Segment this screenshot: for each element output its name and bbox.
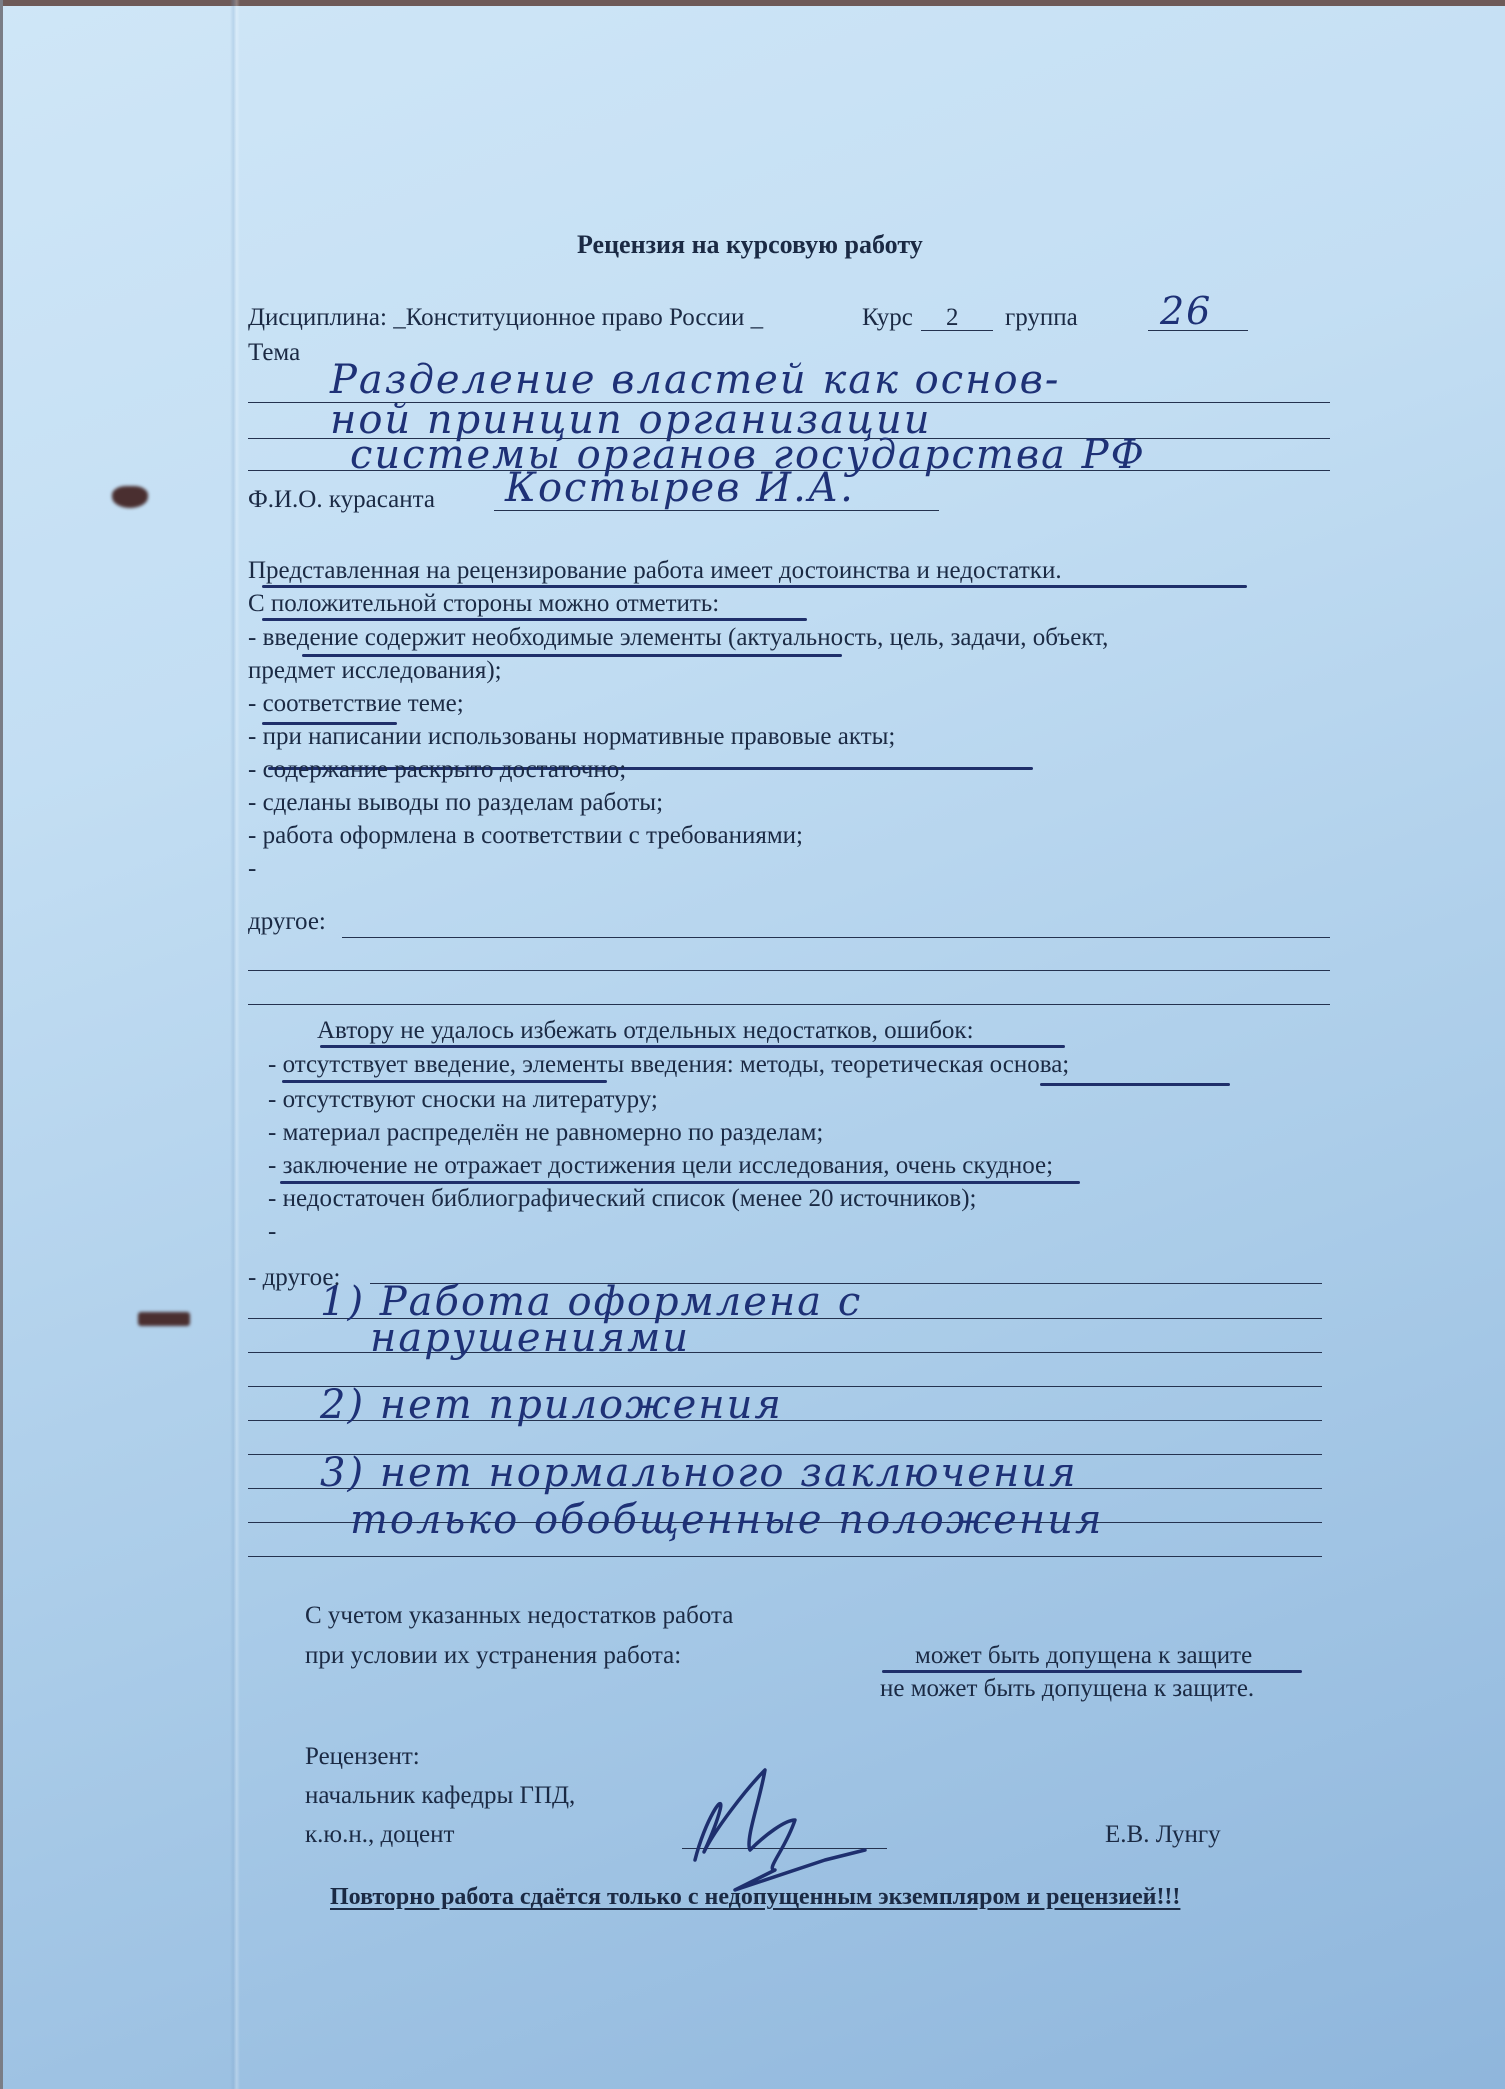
- group-value-handwritten: 26: [1160, 292, 1212, 330]
- pen-underline: [1040, 1083, 1230, 1086]
- footer-note: Повторно работа сдаётся только с недопущ…: [330, 1885, 1180, 1909]
- negative-heading: Автору не удалось избежать отдельных нед…: [317, 1018, 974, 1043]
- positive-item: - содержание раскрыто достаточно;: [248, 757, 626, 782]
- positive-item: - введение содержит необходимые элементы…: [248, 625, 1108, 650]
- negative-item: -: [268, 1219, 276, 1244]
- negative-other-handwritten-4: 3) нет нормального заключения: [320, 1453, 1078, 1493]
- negative-item: - материал распределён не равномерно по …: [268, 1120, 823, 1145]
- reviewer-label: Рецензент:: [305, 1744, 420, 1769]
- signature-icon: [675, 1750, 935, 1900]
- positive-item: - сделаны выводы по разделам работы;: [248, 790, 663, 815]
- negative-item: - заключение не отражает достижения цели…: [268, 1153, 1053, 1178]
- conclusion-line-2: при условии их устранения работа:: [305, 1643, 681, 1668]
- page-title: Рецензия на курсовую работу: [577, 232, 923, 258]
- positive-other-label: другое:: [248, 909, 326, 934]
- student-handwritten: Костырев И.А.: [505, 468, 855, 508]
- pen-underline: [320, 1045, 1065, 1048]
- topic-handwritten-1: Разделение властей как основ-: [330, 360, 1060, 400]
- positive-other-line-3: [248, 1004, 1330, 1005]
- pen-underline-selected-option: [882, 1670, 1302, 1673]
- topic-label: Тема: [248, 340, 300, 365]
- paper-fold: [230, 0, 240, 2089]
- discipline-label: Дисциплина: _Конституционное право Росси…: [248, 305, 763, 330]
- negative-item: - отсутствует введение, элементы введени…: [268, 1052, 1069, 1077]
- pen-underline: [262, 618, 807, 621]
- course-value: 2: [946, 305, 959, 330]
- pen-underline: [262, 585, 1247, 588]
- negative-other-handwritten-5: только обобщенные положения: [350, 1500, 1103, 1540]
- page-top-edge: [0, 0, 1505, 6]
- punch-hole: [138, 1312, 190, 1326]
- reviewer-degree: к.ю.н., доцент: [305, 1822, 454, 1847]
- option-admit: может быть допущена к защите: [915, 1643, 1252, 1668]
- option-not-admit: не может быть допущена к защите.: [880, 1676, 1254, 1701]
- positive-item: - соответствие теме;: [248, 691, 464, 716]
- group-label: группа: [1005, 305, 1078, 330]
- positive-item: -: [248, 856, 256, 881]
- intro-line: Представленная на рецензирование работа …: [248, 558, 1062, 583]
- positive-item: предмет исследования);: [248, 658, 502, 683]
- negative-other-handwritten-2: нарушениями: [370, 1318, 690, 1358]
- negative-item: - недостаточен библиографический список …: [268, 1186, 976, 1211]
- negative-item: - отсутствуют сноски на литературу;: [268, 1087, 658, 1112]
- reviewer-position: начальник кафедры ГПД,: [305, 1783, 575, 1808]
- positive-item: - при написании использованы нормативные…: [248, 724, 895, 749]
- positive-item: - работа оформлена в соответствии с треб…: [248, 823, 803, 848]
- student-label: Ф.И.О. курасанта: [248, 487, 435, 512]
- positive-other-line-1: [342, 937, 1330, 938]
- positive-heading: С положительной стороны можно отметить:: [248, 591, 719, 616]
- reviewer-name: Е.В. Лунгу: [1105, 1822, 1221, 1847]
- positive-other-line-2: [248, 970, 1330, 971]
- pen-underline: [280, 1181, 1080, 1184]
- course-label: Курс: [862, 305, 913, 330]
- page-left-edge: [0, 0, 3, 2089]
- negative-other-handwritten-3: 2) нет приложения: [320, 1385, 783, 1425]
- conclusion-line-1: С учетом указанных недостатков работа: [305, 1603, 733, 1628]
- negative-other-line: [248, 1556, 1322, 1557]
- punch-hole: [112, 486, 148, 508]
- pen-underline: [282, 1080, 607, 1083]
